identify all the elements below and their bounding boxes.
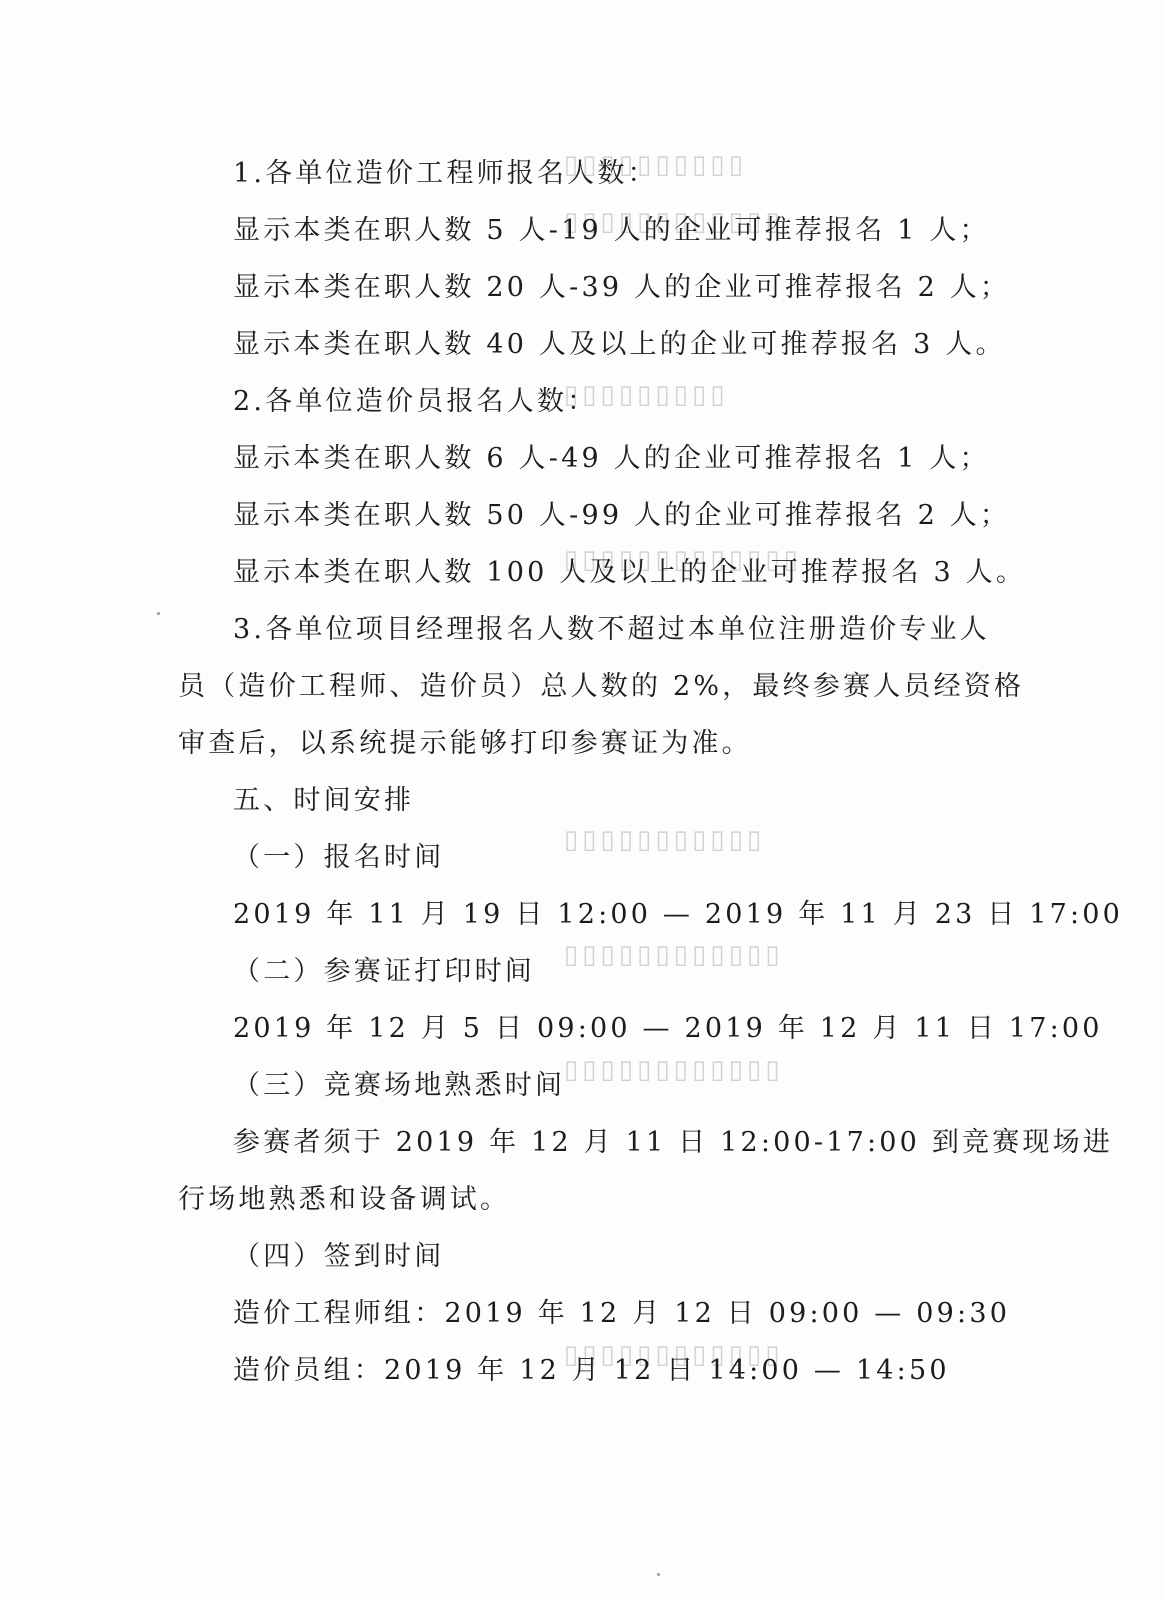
scanned-page: ▯▯▯▯▯▯▯▯▯▯ ▯▯▯▯▯▯▯▯▯▯▯▯ ▯▯▯▯▯▯▯▯▯ ▯▯▯▯▯▯…: [0, 0, 1163, 1600]
manager-quota-paragraph: 员（造价工程师、造价员）总人数的 2%，最终参赛人员经资格: [178, 673, 1024, 700]
scan-speck: [657, 1573, 660, 1576]
quota-line: 显示本类在职人数 5 人-19 人的企业可推荐报名 1 人；: [233, 217, 990, 244]
schedule-checkin-estimator-group: 造价员组：2019 年 12 月 12 日 14:00 — 14:50: [233, 1357, 950, 1384]
bleed-through-texture: ▯▯▯▯▯▯▯▯▯▯▯: [560, 825, 761, 855]
schedule-label-check-in: （四）签到时间: [233, 1243, 444, 1270]
schedule-label-card-print: （二）参赛证打印时间: [233, 958, 535, 985]
bleed-through-texture: ▯▯▯▯▯▯▯▯▯▯▯▯: [560, 1055, 780, 1085]
manager-quota-paragraph: 审查后，以系统提示能够打印参赛证为准。: [178, 730, 752, 757]
scan-speck: [157, 612, 160, 615]
bleed-through-texture: ▯▯▯▯▯▯▯▯▯▯▯▯: [560, 940, 780, 970]
schedule-paragraph-venue: 参赛者须于 2019 年 12 月 11 日 12:00-17:00 到竞赛现场…: [233, 1129, 1113, 1156]
section-heading-engineer-quota: 1.各单位造价工程师报名人数：: [233, 160, 658, 187]
schedule-paragraph-venue: 行场地熟悉和设备调试。: [178, 1186, 510, 1213]
quota-line: 显示本类在职人数 40 人及以上的企业可推荐报名 3 人。: [233, 331, 1006, 358]
schedule-value-card-print: 2019 年 12 月 5 日 09:00 — 2019 年 12 月 11 日…: [233, 1015, 1103, 1042]
schedule-title: 五、时间安排: [233, 787, 414, 814]
quota-line: 显示本类在职人数 20 人-39 人的企业可推荐报名 2 人；: [233, 274, 1010, 301]
quota-line: 显示本类在职人数 50 人-99 人的企业可推荐报名 2 人；: [233, 502, 1010, 529]
schedule-checkin-engineer-group: 造价工程师组：2019 年 12 月 12 日 09:00 — 09:30: [233, 1300, 1010, 1327]
schedule-label-venue-familiarization: （三）竞赛场地熟悉时间: [233, 1072, 565, 1099]
schedule-value-registration: 2019 年 11 月 19 日 12:00 — 2019 年 11 月 23 …: [233, 901, 1123, 928]
manager-quota-paragraph: 3.各单位项目经理报名人数不超过本单位注册造价专业人: [233, 616, 990, 643]
schedule-label-registration: （一）报名时间: [233, 844, 444, 871]
quota-line: 显示本类在职人数 6 人-49 人的企业可推荐报名 1 人；: [233, 445, 990, 472]
section-heading-estimator-quota: 2.各单位造价员报名人数：: [233, 388, 597, 415]
quota-line: 显示本类在职人数 100 人及以上的企业可推荐报名 3 人。: [233, 559, 1026, 586]
